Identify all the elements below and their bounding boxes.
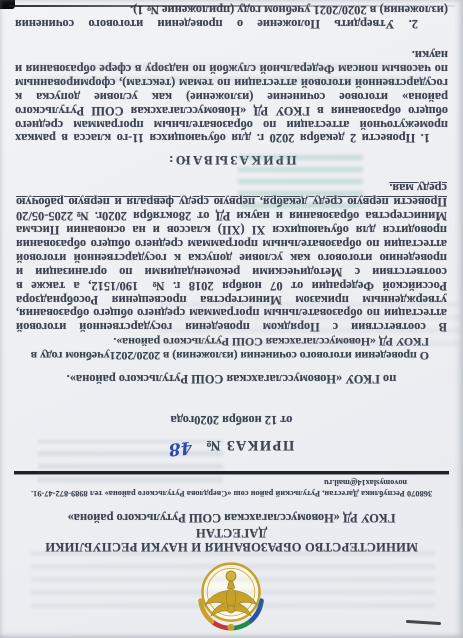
email-line: novomyslax14@mail.ru [14,478,407,487]
order-title-label: ПРИКАЗ № [204,437,294,453]
order-item-1: 1. Провести 2 декабря 2020 г. для обучаю… [15,47,448,144]
address-line: 368070 Республика Дагестан, Рутульский р… [14,489,449,498]
order-issuer: по ГКОУ «Новомусслагахская СОШ Рутульско… [14,371,449,385]
scanned-page: МИНИСТЕРСТВО ОБРАЗОВАНИЯ И НАУКИ РЕСПУБЛ… [0,0,463,638]
handwritten-order-number: 48 [168,439,193,458]
order-subject: О проведении итогового сочинения (изложе… [24,334,429,362]
order-document-rotated-180: МИНИСТЕРСТВО ОБРАЗОВАНИЯ И НАУКИ РЕСПУБЛ… [0,0,463,638]
decree-heading: ПРИКАЗЫВАЮ: [14,154,449,168]
order-preamble: В соответствии с Порядком проведения гос… [16,180,447,333]
school-name: ГКОУ РД «Новомусслагахская СОШ Рутульско… [14,511,449,525]
preamble-text: В соответствии с Порядком проведения гос… [16,209,447,334]
ministry-name: МИНИСТЕРСТВО ОБРАЗОВАНИЯ И НАУКИ РЕСПУБЛ… [14,526,449,554]
letterhead-divider [14,471,449,475]
dagestan-coat-of-arms-icon [194,557,270,633]
underlined-directive: Провести первую среду декабря, первую ср… [16,181,447,209]
order-number-line: ПРИКАЗ №48 [14,437,449,454]
order-date: от 12 ноября 2020года [14,412,449,426]
scan-artifact-page-edge [9,5,455,7]
